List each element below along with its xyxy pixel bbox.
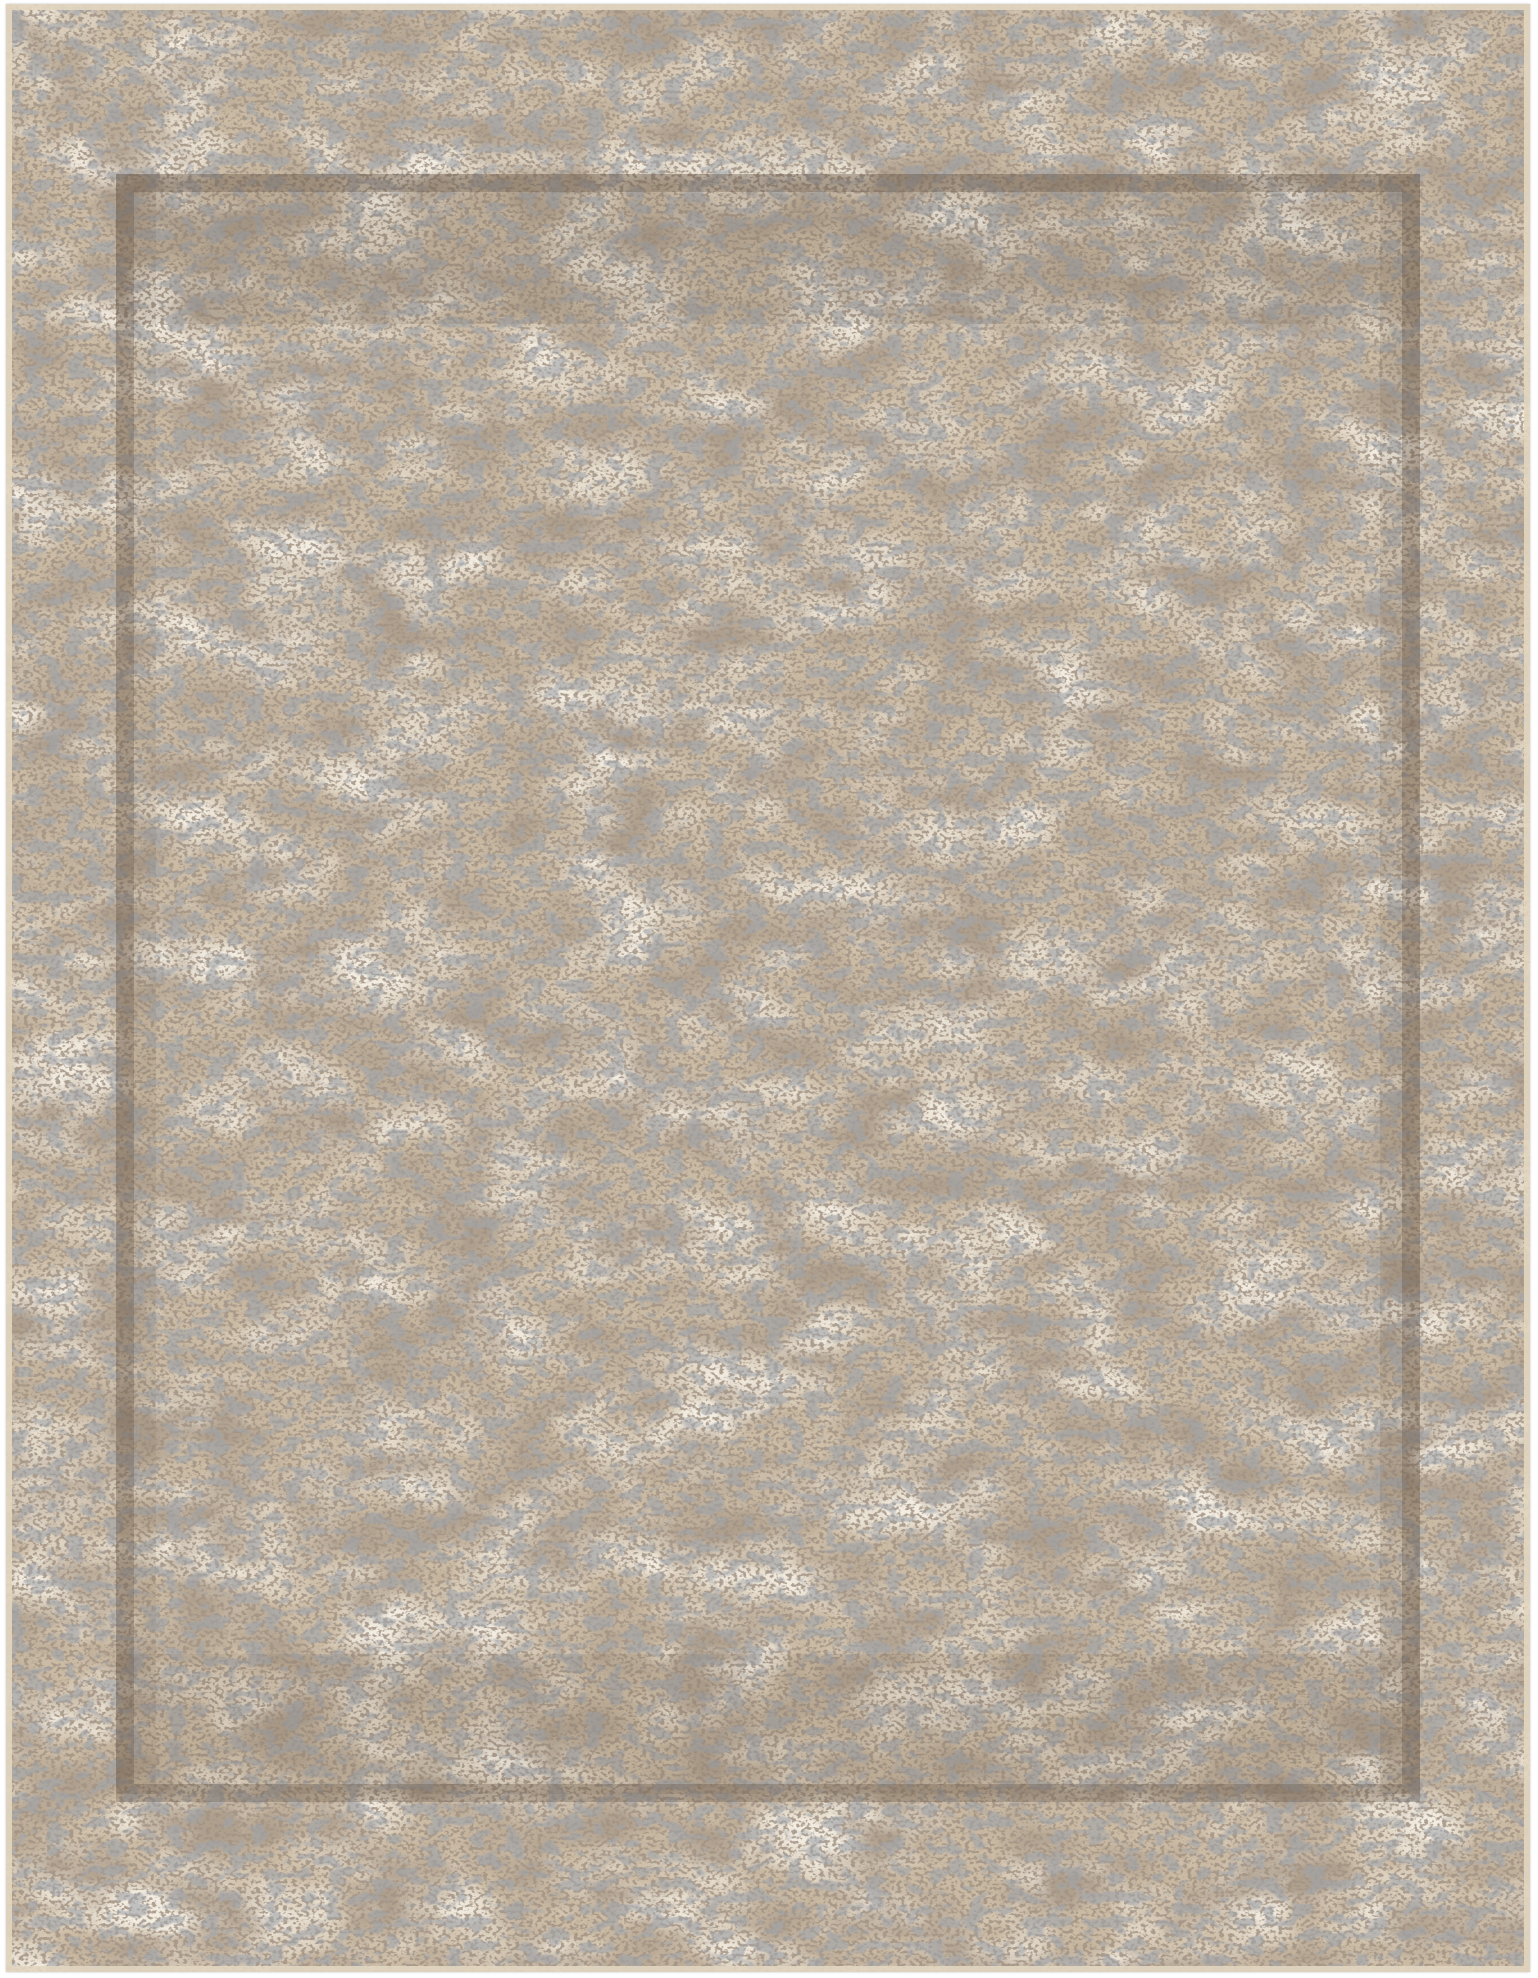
rug-image [6, 4, 1530, 1972]
rug-texture [6, 4, 1530, 1972]
